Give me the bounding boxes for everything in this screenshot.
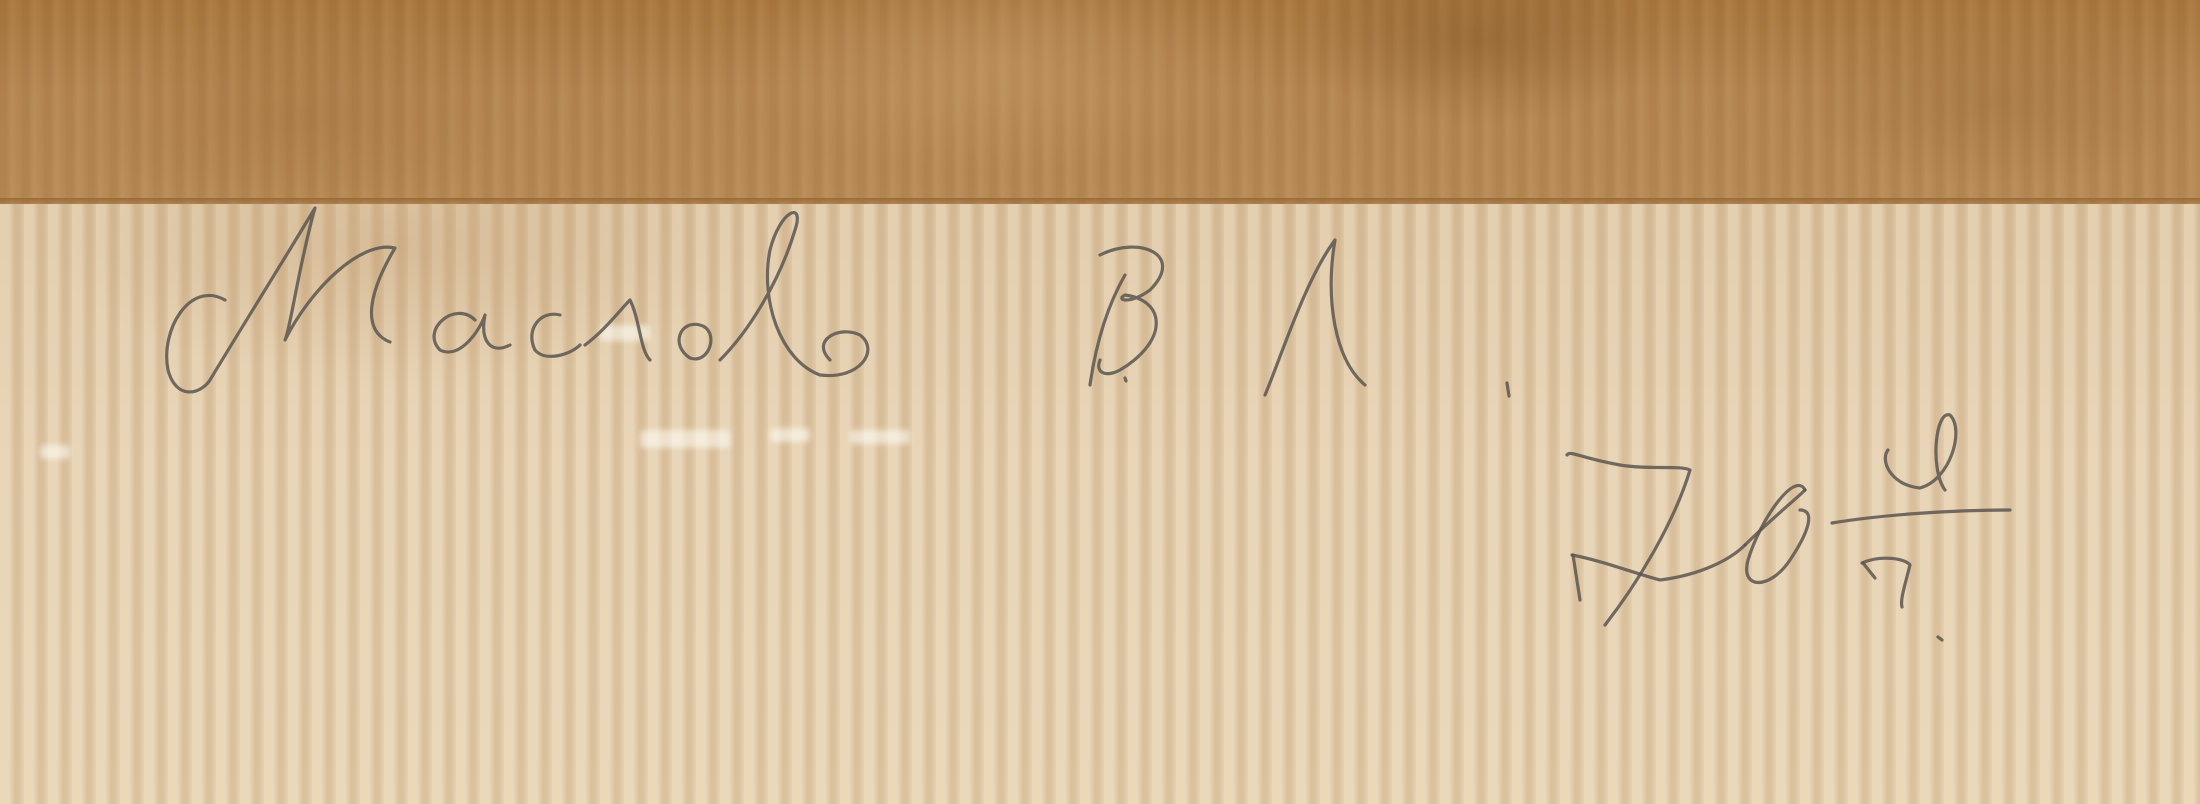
signature-strokes — [167, 208, 1509, 396]
handwriting — [0, 0, 2200, 804]
number-strokes — [1567, 415, 2010, 640]
